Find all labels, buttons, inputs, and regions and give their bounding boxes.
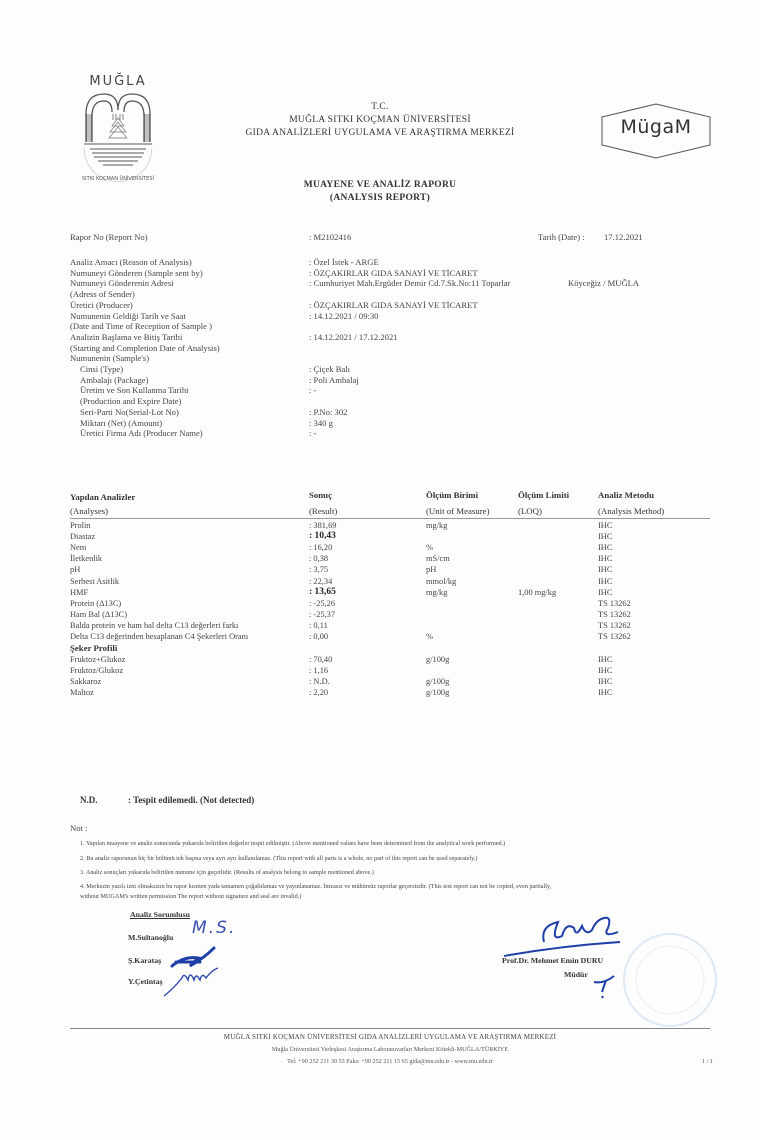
info-field-value: : Cumhuriyet Mah.Ergüder Demir Cd.7.Sk.N… xyxy=(309,278,510,288)
col-header-result: Sonuç xyxy=(309,490,332,500)
cell-analysis: İletkenlik xyxy=(70,554,102,563)
cell-result: : 0,38 xyxy=(309,554,328,563)
info-field-label: Üretici (Producer) xyxy=(70,300,133,310)
notes-title: Not : xyxy=(70,823,87,833)
sample-field-label: Üretici Firma Adı (Producer Name) xyxy=(80,428,203,438)
cell-unit: g/100g xyxy=(426,688,449,697)
info-field-value: : 14.12.2021 / 17.12.2021 xyxy=(309,332,398,342)
responsible-title: Analiz Sorumlusu xyxy=(130,910,190,919)
footer-address: Muğla Üniversitesi Yerleşkesi Araştırma … xyxy=(70,1046,710,1053)
sample-field-value: : - xyxy=(309,428,316,438)
cell-result: : 381,69 xyxy=(309,521,336,530)
cell-loq: 1,00 mg/kg xyxy=(518,588,556,597)
info-field-value: : ÖZÇAKIRLAR GIDA SANAYİ VE TİCARET xyxy=(309,268,478,278)
sample-field-value: : - xyxy=(309,385,316,395)
report-no-label: Rapor No (Report No) xyxy=(70,232,148,242)
cell-method: TS 13262 xyxy=(598,632,631,641)
cell-method: IHC xyxy=(598,588,612,597)
cell-result: : 13,65 xyxy=(309,587,336,597)
mugam-logo: MügaM xyxy=(598,103,714,159)
cell-unit: mmol/kg xyxy=(426,577,456,586)
cell-result: : 0,00 xyxy=(309,632,328,641)
cell-result: : 1,16 xyxy=(309,666,328,675)
report-title: MUAYENE VE ANALİZ RAPORU xyxy=(170,180,590,190)
cell-analysis: Balda protein ve ham bal delta C13 değer… xyxy=(70,621,238,630)
cell-unit: mg/kg xyxy=(426,588,447,597)
info-field-label: Numuneyi Gönderen (Sample sent by) xyxy=(70,268,203,278)
sample-field-label: (Production and Expire Date) xyxy=(80,396,181,406)
cell-analysis: HMF xyxy=(70,588,88,597)
mugla-university-logo: MUĞLA SITKI KOÇMAN ÜNİVERSİ xyxy=(76,74,160,194)
info-field-label: (Starting and Completion Date of Analysi… xyxy=(70,343,220,353)
col-header-unit-en: (Unit of Measure) xyxy=(426,506,490,516)
cell-result: : -25,37 xyxy=(309,610,335,619)
sample-field-label: Seri-Parti No(Serial-Lot No) xyxy=(80,407,179,417)
director-name: Prof.Dr. Mehmet Emin DURU xyxy=(502,956,603,965)
cell-analysis: Diastaz xyxy=(70,532,95,541)
sample-field-label: Üretim ve Son Kullanma Tarihi xyxy=(80,385,189,395)
table-header-rule xyxy=(70,518,710,519)
col-header-method: Analiz Metodu xyxy=(598,490,654,500)
cell-result: : -25,26 xyxy=(309,599,335,608)
cell-analysis: pH xyxy=(70,565,80,574)
cell-result: : 22,34 xyxy=(309,577,332,586)
cell-method: IHC xyxy=(598,666,612,675)
col-header-loq-en: (LOQ) xyxy=(518,506,542,516)
cell-result: : 0,11 xyxy=(309,621,328,630)
info-field-value-extra: Köyceğiz / MUĞLA xyxy=(568,278,639,288)
cell-unit: mg/kg xyxy=(426,521,447,530)
info-field-label: Numuneyi Gönderenin Adresi xyxy=(70,278,174,288)
note-3: 3. Analiz sonuçları yukarıda belirtilen … xyxy=(80,869,374,876)
col-header-analyses: Yapılan Analizler xyxy=(70,492,135,502)
cell-unit: % xyxy=(426,632,433,641)
legend-abbr: N.D. xyxy=(80,795,98,805)
director-title: Müdür xyxy=(564,970,588,979)
cell-unit: % xyxy=(426,543,433,552)
responsible-2: Ş.Karataş xyxy=(128,956,161,965)
info-field-label: Numunenin Geldiği Tarih ve Saat xyxy=(70,311,186,321)
analysis-report-page: MUĞLA SITKI KOÇMAN ÜNİVERSİ xyxy=(0,0,760,1140)
sample-field-value: : P.No: 302 xyxy=(309,407,347,417)
seal-stamp-icon xyxy=(620,930,720,1030)
note-4: 4. Merkezin yazılı izni olmaksızın bu ra… xyxy=(80,883,551,890)
responsible-3: Y.Çetintaş xyxy=(128,977,163,986)
director-initial-icon xyxy=(590,972,620,1000)
info-field-label: (Date and Time of Reception of Sample ) xyxy=(70,321,212,331)
note-4-cont: without MUGAM's written permission The r… xyxy=(80,893,301,900)
sample-field-value: : 340 g xyxy=(309,418,333,428)
cell-result: : 2,20 xyxy=(309,688,328,697)
mugam-logo-text: MügaM xyxy=(598,116,714,138)
header-tc: T.C. xyxy=(170,102,590,112)
logo-ring-text: SITKI KOÇMAN ÜNİVERSİTESİ xyxy=(82,175,154,182)
initials-signature: M.S. xyxy=(192,918,236,938)
cell-result: : 16,20 xyxy=(309,543,332,552)
cell-analysis: Fruktoz+Glukoz xyxy=(70,655,125,664)
info-field-label: Numunenin (Sample's) xyxy=(70,353,149,363)
cell-method: IHC xyxy=(598,543,612,552)
cell-analysis: Prolin xyxy=(70,521,90,530)
col-header-result-en: (Result) xyxy=(309,506,337,516)
cell-analysis: Maltoz xyxy=(70,688,94,697)
cell-result: : N.D. xyxy=(309,677,330,686)
cell-unit: g/100g xyxy=(426,655,449,664)
cell-method: IHC xyxy=(598,577,612,586)
col-header-unit: Ölçüm Birimi xyxy=(426,490,478,500)
sample-field-label: Miktarı (Net) (Amount) xyxy=(80,418,162,428)
cell-unit: g/100g xyxy=(426,677,449,686)
cell-analysis: Sakkaroz xyxy=(70,677,101,686)
col-header-loq: Ölçüm Limiti xyxy=(518,490,569,500)
info-field-label: (Adress of Sender) xyxy=(70,289,135,299)
info-field-value: : Özel İstek - ARGE xyxy=(309,257,379,267)
footer-rule xyxy=(70,1028,710,1029)
sample-field-label: Ambalajı (Package) xyxy=(80,375,148,385)
col-header-analyses-en: (Analyses) xyxy=(70,506,108,516)
cell-analysis: Nem xyxy=(70,543,86,552)
cell-method: IHC xyxy=(598,554,612,563)
report-subtitle: (ANALYSIS REPORT) xyxy=(170,193,590,203)
responsible-1: M.Sultanoğlu xyxy=(128,933,173,942)
legend-meaning: : Tespit edilemedi. (Not detected) xyxy=(128,795,254,805)
cell-result: : 10,43 xyxy=(309,531,336,541)
footer-institution: MUĞLA SITKI KOÇMAN ÜNİVERSİTESİ GIDA ANA… xyxy=(70,1033,710,1041)
cell-unit: pH xyxy=(426,565,436,574)
info-field-value: : 14.12.2021 / 09:30 xyxy=(309,311,378,321)
cell-method: TS 13262 xyxy=(598,599,631,608)
cell-unit: mS/cm xyxy=(426,554,450,563)
cell-analysis: Delta C13 değerinden hesaplanan C4 Şeker… xyxy=(70,632,248,641)
cell-method: IHC xyxy=(598,688,612,697)
cell-analysis: Serbest Asitlik xyxy=(70,577,119,586)
cell-method: IHC xyxy=(598,655,612,664)
sugar-profile-section-title: Şeker Profili xyxy=(70,643,117,653)
col-header-method-en: (Analysis Method) xyxy=(598,506,664,516)
cell-method: TS 13262 xyxy=(598,621,631,630)
cell-analysis: Protein (Δ13C) xyxy=(70,599,121,608)
cell-method: TS 13262 xyxy=(598,610,631,619)
cell-result: : 70,40 xyxy=(309,655,332,664)
university-emblem-icon: SITKI KOÇMAN ÜNİVERSİTESİ xyxy=(76,74,160,194)
cell-result: : 3,75 xyxy=(309,565,328,574)
cell-method: IHC xyxy=(598,565,612,574)
header-university: MUĞLA SITKI KOÇMAN ÜNİVERSİTESİ xyxy=(170,115,590,125)
cell-analysis: Fruktoz/Glukoz xyxy=(70,666,123,675)
info-field-label: Analizin Başlama ve Bitiş Tarihi xyxy=(70,332,182,342)
page-number: 1 / 1 xyxy=(702,1058,713,1065)
sample-field-label: Cinsi (Type) xyxy=(80,364,123,374)
header-center-name: GIDA ANALİZLERİ UYGULAMA VE ARAŞTIRMA ME… xyxy=(170,128,590,138)
info-field-value: : ÖZÇAKIRLAR GIDA SANAYİ VE TİCARET xyxy=(309,300,478,310)
cell-method: IHC xyxy=(598,521,612,530)
info-field-label: Analiz Amacı (Reason of Analysis) xyxy=(70,257,192,267)
cell-analysis: Ham Bal (Δ13C) xyxy=(70,610,127,619)
note-2: 2. Bu analiz raporunun hiç bir bölümü te… xyxy=(80,855,477,862)
sample-field-value: : Poli Ambalaj xyxy=(309,375,359,385)
cell-method: IHC xyxy=(598,677,612,686)
cell-method: IHC xyxy=(598,532,612,541)
signature-cetintas-icon xyxy=(160,966,230,1000)
note-1: 1. Yapılan muayene ve analiz sonucunda y… xyxy=(80,840,505,847)
footer-contact: Tel: +90 252 211 30 53 Faks: +90 252 211… xyxy=(70,1058,710,1065)
sample-field-value: : Çiçek Balı xyxy=(309,364,350,374)
report-no-value: : M2102416 xyxy=(309,232,351,242)
report-date-label: Tarih (Date) : xyxy=(538,232,585,242)
report-date-value: 17.12.2021 xyxy=(604,232,643,242)
